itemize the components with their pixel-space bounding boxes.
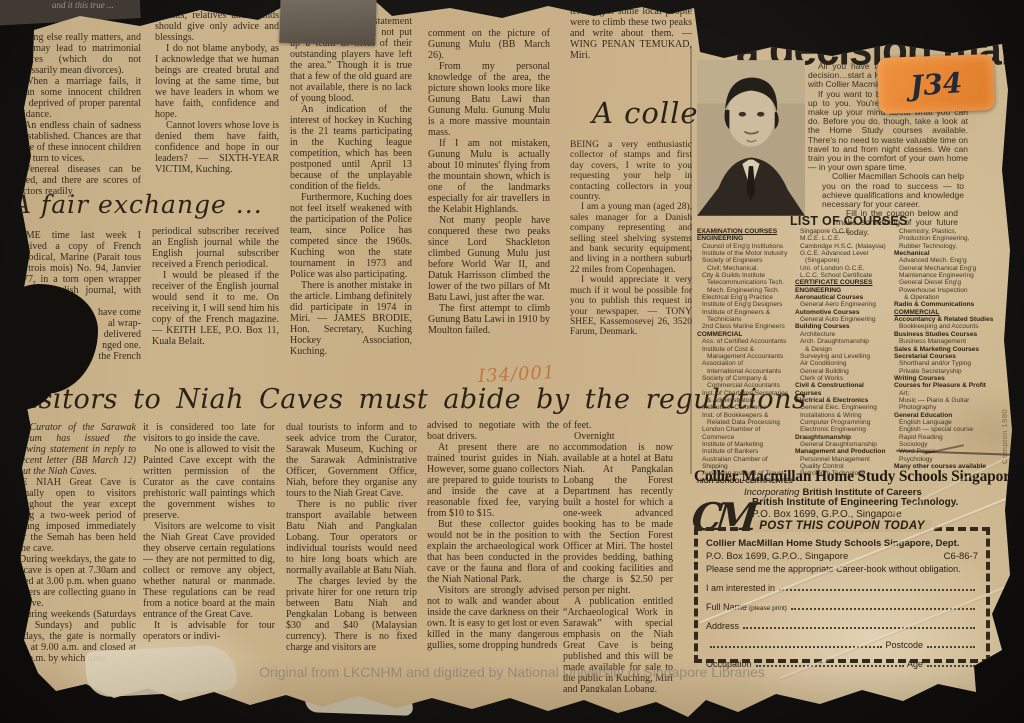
folded-corner (85, 644, 237, 698)
coupon-field-interested: I am interested in (706, 581, 978, 593)
sticker-handwriting: J34 (909, 66, 963, 103)
letter-column-hockey: I have to refute the statement that “Kuc… (290, 16, 412, 382)
mail-in-coupon: POST THIS COUPON TODAY Collier MacMillan… (694, 527, 990, 663)
newspaper-page: nothing else really matters, and this ma… (0, 0, 1024, 723)
interested-label: I am interested in (706, 583, 775, 593)
catalog-handwriting: I34/001 (478, 362, 556, 387)
niah-column-4: advised to negotiate with the boat drive… (427, 420, 559, 696)
age-label: Age (907, 659, 923, 669)
course-list-right: Chemistry, Plastics,Production Engineeri… (894, 228, 994, 470)
collector-column: BEING a very enthusiastic collector of s… (570, 140, 692, 384)
clipping-seam (690, 46, 692, 474)
coupon-code: C6-86-7 (944, 551, 978, 562)
fair-exchange-column-b: periodical subscriber received an Englis… (152, 226, 279, 382)
interested-blank-line (779, 581, 975, 591)
niah-column-3: dual tourists to inform and to seek advi… (286, 422, 417, 694)
portrait-photo (697, 60, 805, 216)
coupon-dept-line: Collier MacMillan Home Study Schools Sin… (706, 538, 978, 549)
niah-headline: Visitors to Niah Caves must abide by the… (10, 384, 806, 415)
postcode-blank-line (927, 638, 975, 648)
coupon-po-line: P.O. Box 1699, G.P.O., Singapore C6-86-7 (706, 551, 978, 562)
school-address: P.O. Box 1699, G.P.O., Singapore (752, 509, 902, 520)
age-blank-line (927, 657, 975, 667)
letter-column-parents: Parents, relatives and freinds should gi… (155, 10, 279, 198)
course-list-left: EXAMINATION COURSESENGINEERINGCouncil of… (697, 228, 793, 485)
fair-exchange-heading: A fair exchange ... (13, 190, 263, 219)
newspaper-clipping-scan: and it this true ... nothing else really… (0, 0, 1024, 723)
course-list-title: LIST OF COURSES (790, 214, 908, 228)
tape (279, 0, 376, 45)
digitization-watermark: Original from LKCNHM and digitized by Na… (232, 664, 792, 680)
fullname-note: (please print) (749, 605, 787, 612)
niah-column-5: of feet.Overnight accommodation is now a… (563, 420, 673, 692)
coupon-field-postcode: Postcode (706, 638, 978, 650)
orange-sticker: J34 (877, 54, 995, 114)
coupon-field-address: Address (706, 619, 978, 631)
course-list-middle: Singapore G.C.E.M.C.E. L.C.E.Cambridge H… (795, 228, 892, 478)
letter-column-gunung-mulu: comment on the picture of Gunung Mulu (B… (428, 28, 550, 382)
post-coupon-banner: POST THIS COUPON TODAY (753, 520, 931, 532)
address-blank-line (743, 619, 975, 629)
torn-top-fragment-text: and it this true ... (52, 0, 114, 10)
address-label: Address (706, 621, 739, 631)
letter-column-marriage: nothing else really matters, and this ma… (13, 32, 141, 198)
letter-column-wing-penan: teresting if some local people were to c… (570, 6, 692, 90)
postcode-label: Postcode (885, 640, 923, 650)
coupon-po-address: P.O. Box 1699, G.P.O., Singapore (706, 551, 848, 562)
